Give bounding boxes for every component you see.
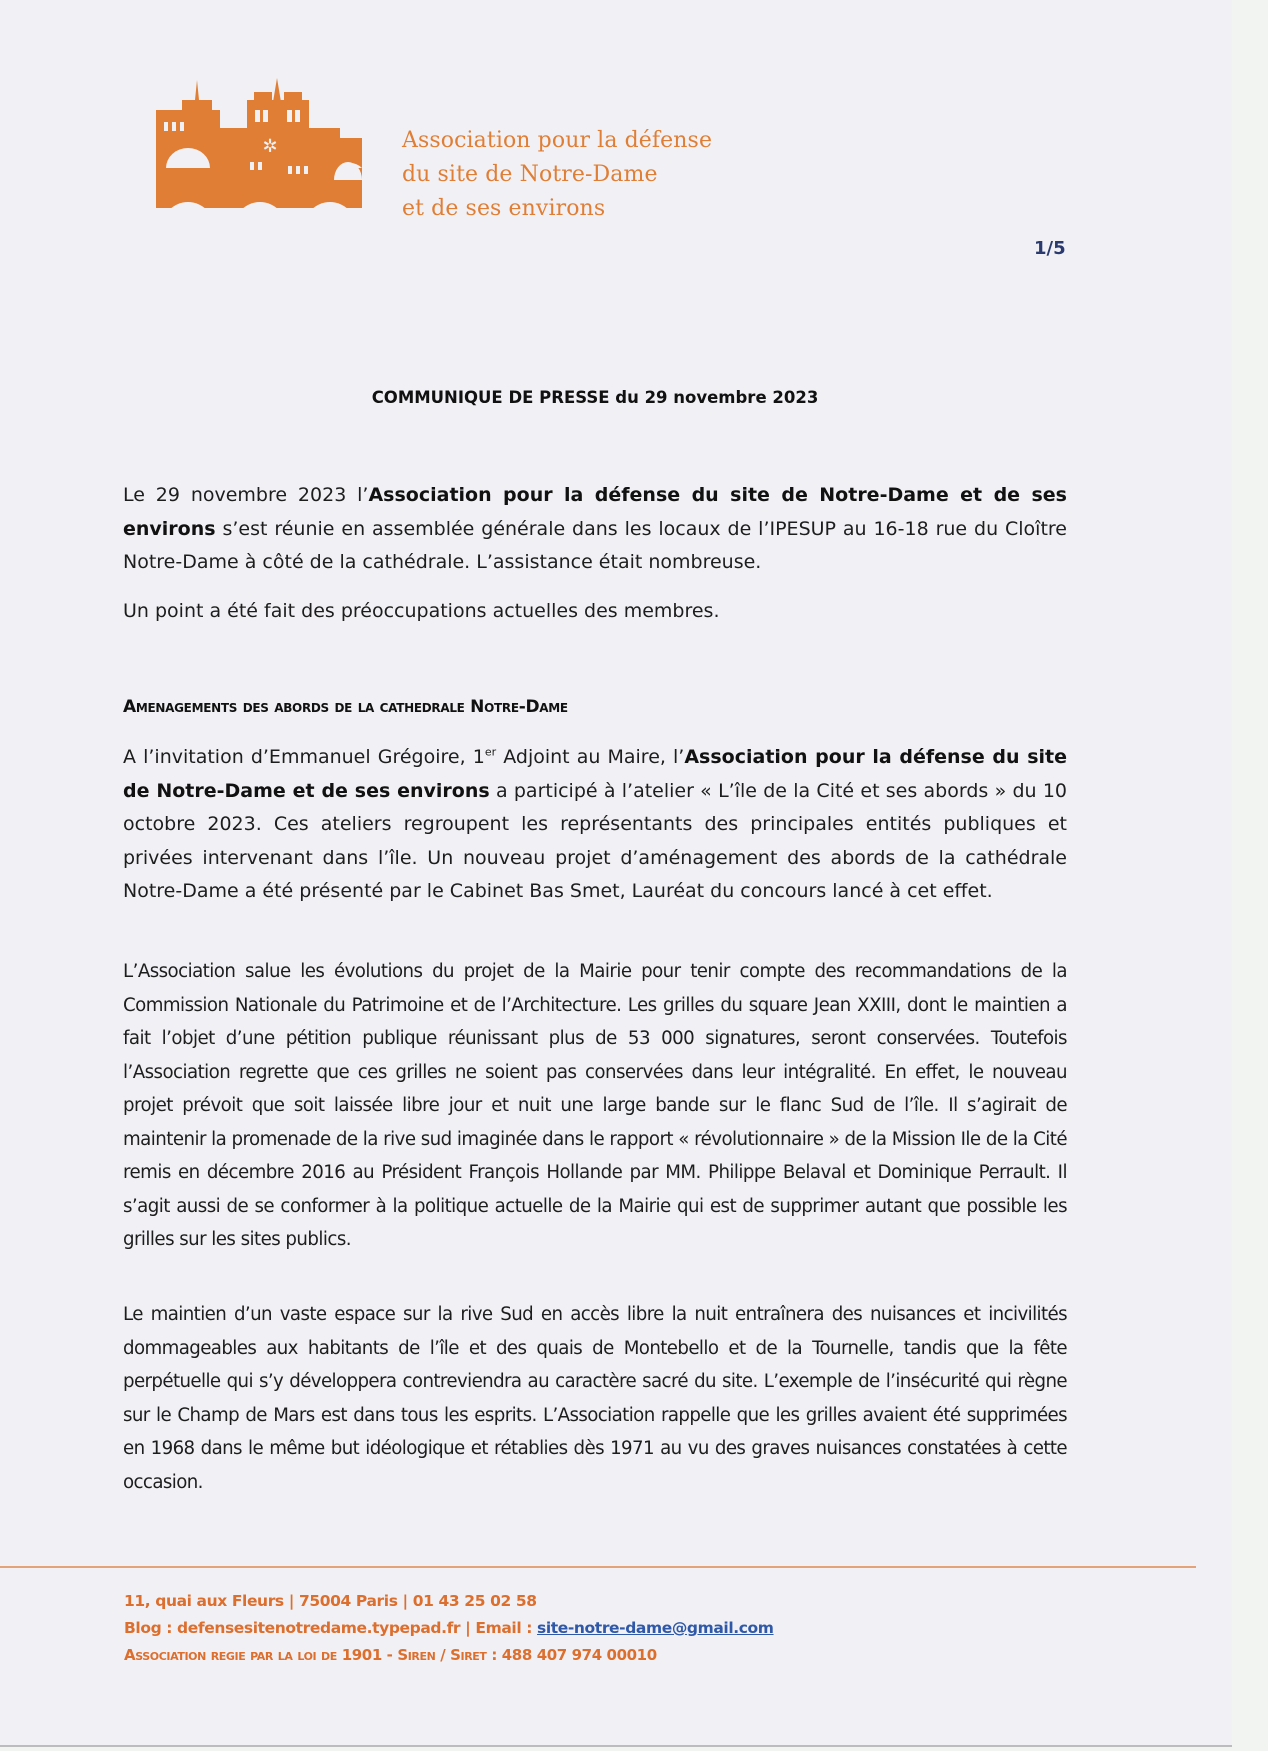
page-number: 1/5: [1034, 238, 1066, 259]
paragraph-evolutions: L’Association salue les évolutions du pr…: [123, 955, 1067, 1257]
footer-contact: Blog : defensesitenotredame.typepad.fr |…: [124, 1615, 774, 1642]
org-name-line-3: et de ses environs: [402, 192, 712, 226]
invitation-text-mid: Adjoint au Maire, l’: [496, 746, 684, 768]
section-heading: Amenagements des abords de la cathedrale…: [123, 697, 568, 717]
paragraph-intro: Le 29 novembre 2023 l’Association pour l…: [123, 479, 1067, 580]
document-page: ✲ Association pour la défense du site de…: [0, 0, 1232, 1747]
org-name-line-2: du site de Notre-Dame: [402, 158, 712, 192]
document-title: COMMUNIQUE DE PRESSE du 29 novembre 2023: [0, 388, 1190, 407]
organization-name: Association pour la défense du site de N…: [402, 124, 712, 226]
footer: 11, quai aux Fleurs | 75004 Paris | 01 4…: [124, 1588, 774, 1669]
ordinal-superscript: er: [485, 746, 496, 759]
notre-dame-logo-icon: ✲: [152, 78, 362, 228]
paragraph-invitation: A l’invitation d’Emmanuel Grégoire, 1er …: [123, 741, 1067, 909]
org-name-line-1: Association pour la défense: [402, 124, 712, 158]
footer-address: 11, quai aux Fleurs | 75004 Paris | 01 4…: [124, 1588, 774, 1615]
invitation-text-start: A l’invitation d’Emmanuel Grégoire, 1: [123, 746, 485, 768]
intro-text-end: s’est réunie en assemblée générale dans …: [123, 518, 1067, 574]
footer-divider: [0, 1566, 1196, 1568]
nuisances-text: Le maintien d’un vaste espace sur la riv…: [123, 1298, 1067, 1499]
paragraph-nuisances: Le maintien d’un vaste espace sur la riv…: [123, 1298, 1067, 1499]
email-link[interactable]: site-notre-dame@gmail.com: [537, 1619, 774, 1637]
svg-text:✲: ✲: [262, 136, 277, 157]
footer-blog: Blog : defensesitenotredame.typepad.fr |…: [124, 1619, 537, 1637]
footer-legal: Association regie par la loi de 1901 - S…: [124, 1642, 774, 1669]
paragraph-points: Un point a été fait des préoccupations a…: [123, 595, 1067, 629]
intro-text-start: Le 29 novembre 2023 l’: [123, 484, 368, 506]
points-text: Un point a été fait des préoccupations a…: [123, 595, 1067, 629]
evolutions-text: L’Association salue les évolutions du pr…: [123, 955, 1067, 1257]
